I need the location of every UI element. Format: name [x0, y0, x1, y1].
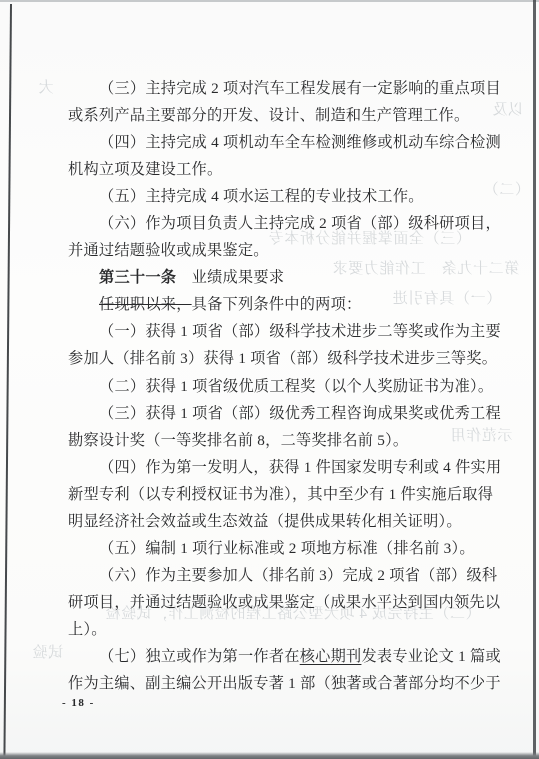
- bleed-through-text: 大: [38, 76, 54, 97]
- text-segment: 上）。: [68, 621, 107, 638]
- text-line: （七）独立或作为第一作者在核心期刊发表专业论文 1 篇或: [68, 643, 480, 670]
- text-line: （五）主持完成 4 项水运工程的专业技术工作。: [68, 183, 480, 210]
- text-segment: （七）独立或作为第一作者在: [99, 648, 300, 665]
- text-line: （二）获得 1 项省级优质工程奖（以个人奖励证书为准）。: [68, 373, 480, 400]
- text-segment: 或系列产品主要部分的开发、设计、制造和生产管理工作。: [68, 107, 469, 124]
- text-segment: 机构立项及建设工作。: [68, 161, 222, 178]
- scan-edge-top: [0, 0, 539, 2]
- text-line: （一）获得 1 项省（部）级科学技术进步二等奖或作为主要: [68, 318, 480, 345]
- text-segment: 新型专利（以专利授权证书为准），其中至少有 1 件实施后取得: [68, 486, 493, 503]
- text-segment: （五）主持完成 4 项水运工程的专业技术工作。: [99, 188, 424, 205]
- text-segment: 明显经济社会效益或生态效益（提供成果转化相关证明）。: [68, 513, 462, 530]
- text-line: 研项目，并通过结题验收或成果鉴定（成果水平达到国内领先以: [68, 589, 480, 616]
- text-segment: 并通过结题验收或成果鉴定。: [68, 242, 269, 259]
- text-segment: （六）作为项目负责人主持完成 2 项省（部）级科研项目，: [99, 215, 501, 232]
- text-segment: 第三十一条: [99, 269, 176, 286]
- scan-edge-right: [533, 0, 536, 759]
- text-line: （四）作为第一发明人，获得 1 件国家发明专利或 4 件实用: [68, 454, 480, 481]
- scanned-document-page: 大以及（二）（三）全面掌握并能分析本专第二十九条 工作能力要求（一）具有引进示范…: [0, 0, 539, 759]
- scan-edge-left: [3, 4, 12, 756]
- text-line: （四）主持完成 4 项机动车全车检测维修或机动车综合检测: [68, 129, 480, 156]
- text-line: （六）作为项目负责人主持完成 2 项省（部）级科研项目，: [68, 210, 480, 237]
- text-line: 明显经济社会效益或生态效益（提供成果转化相关证明）。: [68, 508, 480, 535]
- text-segment: 研项目，并通过结题验收或成果鉴定（成果水平达到国内领先以: [68, 594, 500, 611]
- text-line: 勘察设计奖（一等奖排名前 8，二等奖排名前 5）。: [68, 427, 480, 454]
- text-segment: （四）主持完成 4 项机动车全车检测维修或机动车综合检测: [99, 134, 501, 151]
- text-line: 机构立项及建设工作。: [68, 156, 480, 183]
- bleed-through-text: （二）: [483, 178, 530, 199]
- text-line: （三）主持完成 2 项对汽车工程发展有一定影响的重点项目: [68, 75, 480, 102]
- text-segment: （五）编制 1 项行业标准或 2 项地方标准（排名前 3）。: [99, 540, 475, 557]
- bleed-through-text: 试验: [32, 641, 63, 662]
- text-line: （六）作为主要参加人（排名前 3）完成 2 项省（部）级科: [68, 562, 480, 589]
- text-segment: 发表专业论文 1 篇或: [361, 648, 500, 665]
- text-line: 上）。: [68, 616, 480, 643]
- text-segment: （二）获得 1 项省级优质工程奖（以个人奖励证书为准）。: [99, 378, 493, 395]
- text-segment: （一）获得 1 项省（部）级科学技术进步二等奖或作为主要: [99, 323, 501, 340]
- text-segment: 业绩成果要求: [176, 269, 284, 286]
- text-segment: （六）作为主要参加人（排名前 3）完成 2 项省（部）级科: [99, 567, 497, 584]
- text-line: 或系列产品主要部分的开发、设计、制造和生产管理工作。: [68, 102, 480, 129]
- text-segment: （四）作为第一发明人，获得 1 件国家发明专利或 4 件实用: [99, 459, 501, 476]
- text-segment: 勘察设计奖（一等奖排名前 8，二等奖排名前 5）。: [68, 432, 408, 449]
- text-line: （三）获得 1 项省（部）级优秀工程咨询成果奖或优秀工程: [68, 400, 480, 427]
- scan-edge-bottom: [0, 752, 539, 759]
- text-segment: 作为主编、副主编公开出版专著 1 部（独著或合著部分均不少于: [68, 675, 501, 692]
- text-segment: （三）获得 1 项省（部）级优秀工程咨询成果奖或优秀工程: [99, 405, 501, 422]
- text-segment: 核心期刊: [300, 648, 362, 665]
- document-text-block: （三）主持完成 2 项对汽车工程发展有一定影响的重点项目或系列产品主要部分的开发…: [68, 75, 480, 697]
- text-line: 第三十一条 业绩成果要求: [68, 264, 480, 291]
- text-segment: 参加人（排名前 3）获得 1 项省（部）级科学技术进步三等奖。: [68, 350, 497, 367]
- text-line: （五）编制 1 项行业标准或 2 项地方标准（排名前 3）。: [68, 535, 480, 562]
- text-line: 参加人（排名前 3）获得 1 项省（部）级科学技术进步三等奖。: [68, 345, 480, 372]
- text-segment: （三）主持完成 2 项对汽车工程发展有一定影响的重点项目: [99, 80, 501, 97]
- text-line: 并通过结题验收或成果鉴定。: [68, 237, 480, 264]
- text-line: 新型专利（以专利授权证书为准），其中至少有 1 件实施后取得: [68, 481, 480, 508]
- text-segment: 具备下列条件中的两项：: [192, 296, 362, 313]
- text-segment: 任现职以来，: [99, 296, 192, 313]
- text-line: 作为主编、副主编公开出版专著 1 部（独著或合著部分均不少于: [68, 670, 480, 697]
- text-line: 任现职以来，具备下列条件中的两项：: [68, 291, 480, 318]
- page-number: - 18 -: [62, 697, 95, 709]
